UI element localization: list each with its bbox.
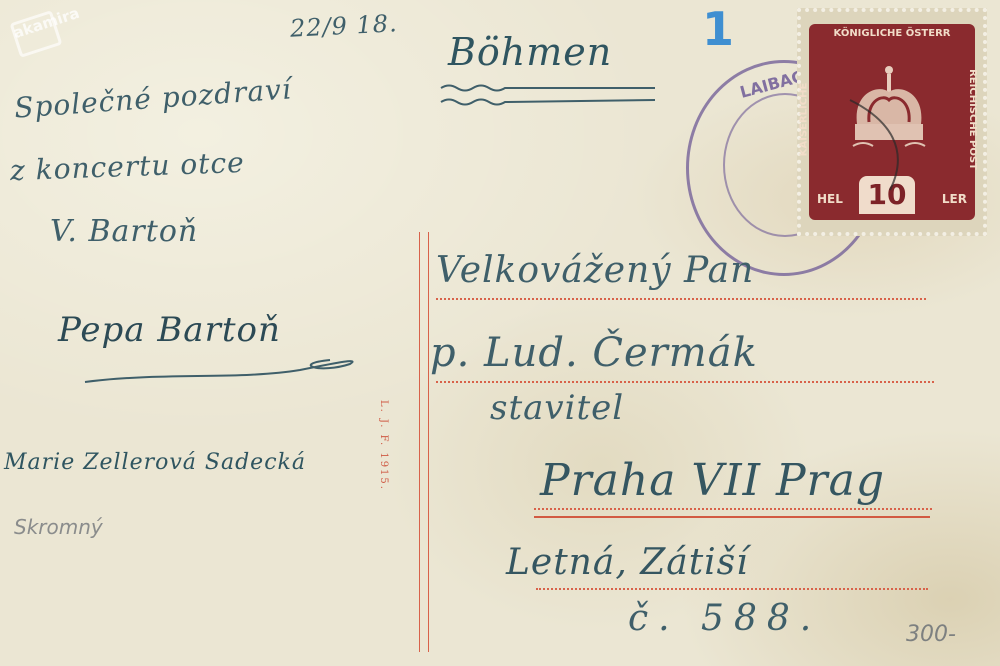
sender-region: Böhmen <box>448 30 612 74</box>
postcard-back: akamira 22/9 18. Společné pozdraví z kon… <box>0 0 1000 666</box>
price-note: 300- <box>906 622 956 647</box>
address-line-1 <box>436 298 926 300</box>
address-line-4 <box>536 588 928 590</box>
address-number: č. 588. <box>628 598 821 639</box>
stamp-unit-left: HEL <box>817 192 843 206</box>
stamp-top-text: KÖNIGLICHE ÖSTERR <box>809 28 975 39</box>
signature-marie: Marie Zellerová Sadecká <box>4 450 306 475</box>
date: 22/9 18. <box>289 9 398 43</box>
message-line-1: Společné pozdraví <box>13 72 293 124</box>
address-city: Praha VII Prag <box>540 455 885 506</box>
stamp-unit-right: LER <box>942 192 967 206</box>
address-salutation: Velkovážený Pan <box>436 250 754 291</box>
cancellation-stroke-icon <box>840 80 930 200</box>
address-occupation: stavitel <box>490 388 624 428</box>
region-underline-icon <box>436 80 676 110</box>
signature-flourish-icon <box>80 352 370 392</box>
address-street: Letná, Zátiší <box>506 542 749 583</box>
address-name: p. Lud. Čermák <box>430 330 758 376</box>
signature-pepa: Pepa Bartoň <box>58 310 281 350</box>
message-line-2: z koncertu otce <box>9 146 245 187</box>
signature-pencil: Skromný <box>14 515 103 539</box>
stamp-left-text: KAISERLICHE <box>798 83 809 157</box>
stamp-right-text: REICHISCHE POST <box>967 69 978 170</box>
city-underline <box>534 516 930 518</box>
address-divider <box>419 232 429 652</box>
address-line-2 <box>436 381 934 383</box>
blue-crayon-mark: 1 <box>702 2 734 56</box>
printer-mark: L. J. F. 1915. <box>378 400 389 491</box>
message-line-3: V. Bartoň <box>50 214 198 249</box>
address-line-3 <box>534 508 932 510</box>
